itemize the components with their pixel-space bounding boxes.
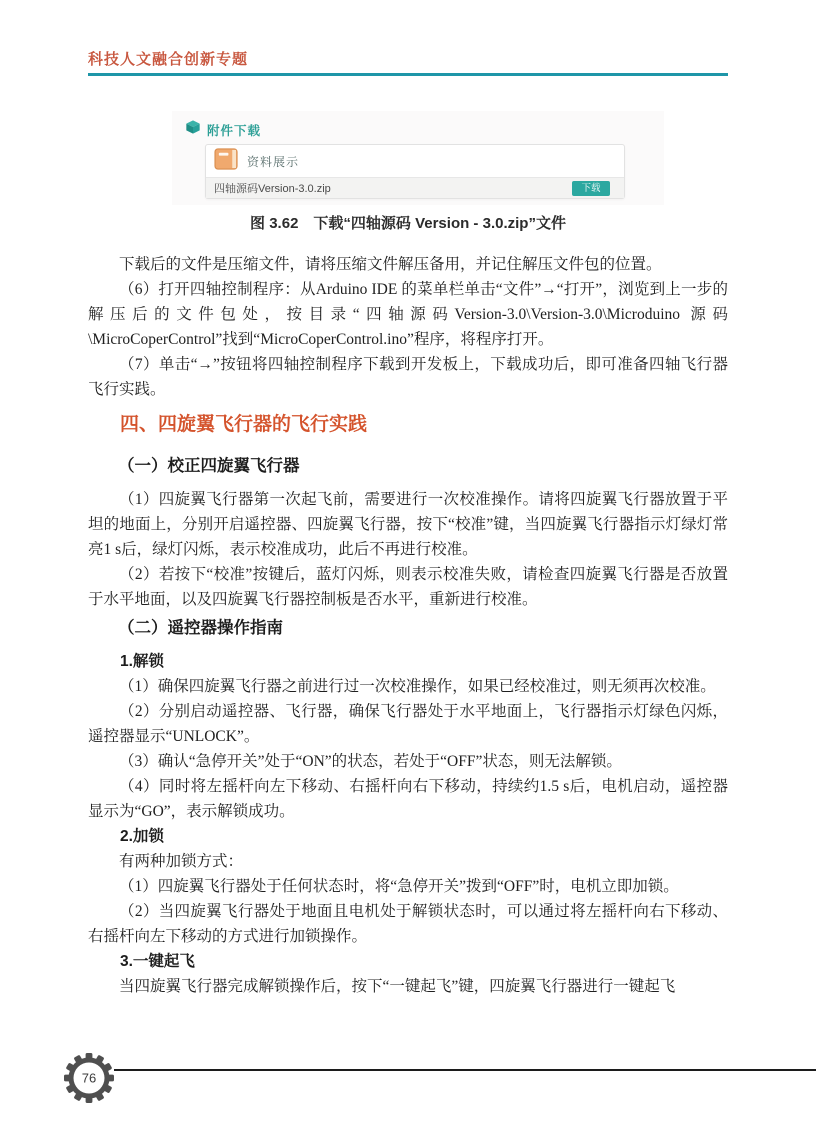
cube-icon xyxy=(185,119,201,140)
download-card: 资料展示 四轴源码Version-3.0.zip 下载 xyxy=(205,144,625,199)
body-paragraph: （1）确保四旋翼飞行器之前进行过一次校准操作，如果已经校准过，则无须再次校准。 xyxy=(88,674,728,699)
numbered-heading-takeoff: 3.一键起飞 xyxy=(88,949,728,974)
body-paragraph: （3）确认“急停开关”处于“ON”的状态，若处于“OFF”状态，则无法解锁。 xyxy=(88,749,728,774)
body-paragraph: （1）四旋翼飞行器处于任何状态时，将“急停开关”拨到“OFF”时，电机立即加锁。 xyxy=(88,874,728,899)
subsection-heading-1: （一）校正四旋翼飞行器 xyxy=(88,454,728,478)
body-paragraph: （4）同时将左摇杆向左下移动、右摇杆向右下移动，持续约1.5 s后，电机启动，遥… xyxy=(88,774,728,824)
attachment-panel-header: 附件下载 xyxy=(185,119,261,140)
header-rule xyxy=(88,73,728,76)
file-row: 四轴源码Version-3.0.zip 下载 xyxy=(206,177,624,198)
body-paragraph: 有两种加锁方式： xyxy=(88,849,728,874)
body-paragraph: 下载后的文件是压缩文件，请将压缩文件解压备用，并记住解压文件包的位置。 xyxy=(88,252,728,277)
body-paragraph: （2）当四旋翼飞行器处于地面且电机处于解锁状态时，可以通过将左摇杆向右下移动、右… xyxy=(88,899,728,949)
card-title: 资料展示 xyxy=(247,153,299,170)
file-name: 四轴源码Version-3.0.zip xyxy=(214,180,331,196)
body-paragraph: （2）若按下“校准”按键后，蓝灯闪烁，则表示校准失败，请检查四旋翼飞行器是否放置… xyxy=(88,562,728,612)
figure-caption: 图 3.62 下载“四轴源码 Version - 3.0.zip”文件 xyxy=(0,212,816,233)
running-header: 科技人文融合创新专题 xyxy=(88,48,248,69)
subsection-heading-2: （二）遥控器操作指南 xyxy=(88,616,728,640)
book-icon xyxy=(214,148,239,175)
attachment-panel-title: 附件下载 xyxy=(207,121,261,139)
figure-screenshot: 附件下载 资料展示 四轴源码Version-3.0.zip 下载 xyxy=(172,111,664,205)
section-heading: 四、四旋翼飞行器的飞行实践 xyxy=(88,412,728,438)
numbered-heading-lock: 2.加锁 xyxy=(88,824,728,849)
download-button[interactable]: 下载 xyxy=(572,181,610,196)
body-paragraph: （6）打开四轴控制程序：从Arduino IDE 的菜单栏单击“文件”→“打开”… xyxy=(88,277,728,352)
body-paragraph: （1）四旋翼飞行器第一次起飞前，需要进行一次校准操作。请将四旋翼飞行器放置于平坦… xyxy=(88,487,728,562)
body-paragraph: 当四旋翼飞行器完成解锁操作后，按下“一键起飞”键，四旋翼飞行器进行一键起飞 xyxy=(88,974,728,999)
page-number-gear-icon: 76 xyxy=(63,1052,115,1104)
numbered-heading-unlock: 1.解锁 xyxy=(88,649,728,674)
page-body: 下载后的文件是压缩文件，请将压缩文件解压备用，并记住解压文件包的位置。 （6）打… xyxy=(88,252,728,999)
body-paragraph: （2）分别启动遥控器、飞行器，确保飞行器处于水平地面上，飞行器指示灯绿色闪烁，遥… xyxy=(88,699,728,749)
body-paragraph: （7）单击“→”按钮将四轴控制程序下载到开发板上，下载成功后，即可准备四轴飞行器… xyxy=(88,352,728,402)
footer-rule xyxy=(114,1069,816,1071)
page-number: 76 xyxy=(82,1071,96,1086)
